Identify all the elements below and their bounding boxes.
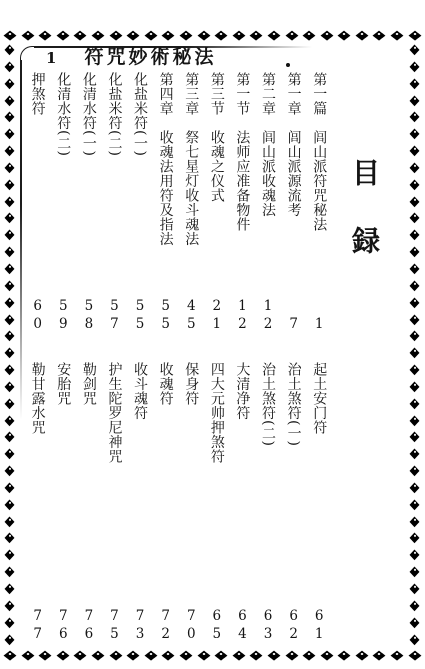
toc-entry-label: 化盐米符(二): [104, 72, 124, 156]
diamond-bead-icon: ◆: [410, 363, 420, 377]
toc-page: ◆◆◆◆◆◆◆◆◆◆◆◆◆◆◆◆◆◆◆◆◆◆◆◆ ◆◆◆◆◆◆◆◆◆◆◆◆◆◆◆…: [0, 0, 425, 669]
toc-entry-label: 大清净符: [232, 362, 252, 420]
toc-title: 目録: [344, 158, 384, 294]
toc-entry-label: 治土煞符(二): [258, 362, 278, 446]
diamond-bead-icon: ◆: [4, 29, 17, 42]
diamond-bead-icon: ◆: [5, 464, 15, 478]
diamond-bead-icon: ◆: [179, 29, 192, 42]
diamond-bead-icon: ◆: [232, 649, 245, 662]
diamond-bead-icon: ◆: [215, 649, 228, 662]
toc-entry: 押煞符60: [25, 72, 51, 332]
toc-entry-page: 12: [234, 298, 250, 334]
diamond-bead-icon: ◆: [410, 615, 420, 629]
toc-entry-label: 化盐米符(一): [130, 72, 150, 156]
toc-entry: 勒剑咒76: [76, 362, 102, 642]
toc-entry-page: 76: [81, 608, 97, 644]
toc-entry-page: 77: [30, 608, 46, 644]
toc-entry-label: 安胎咒: [53, 362, 73, 406]
diamond-bead-icon: ◆: [410, 261, 420, 275]
toc-entry-label: 四大元帅押煞符: [207, 362, 227, 464]
toc-entry: 起土安门符61: [306, 362, 332, 642]
toc-entry: 第一篇 闾山派符咒秘法1: [306, 72, 332, 332]
diamond-bead-icon: ◆: [303, 649, 316, 662]
diamond-bead-icon: ◆: [21, 649, 34, 662]
toc-entry-label: 护生陀罗尼神咒: [104, 362, 124, 464]
diamond-bead-icon: ◆: [109, 29, 122, 42]
diamond-bead-icon: ◆: [5, 93, 15, 107]
diamond-bead-icon: ◆: [162, 29, 175, 42]
diamond-bead-icon: ◆: [410, 598, 420, 612]
toc-entry: 化清水符(二)59: [50, 72, 76, 332]
diamond-bead-icon: ◆: [5, 480, 15, 494]
toc-entry-page: 76: [55, 608, 71, 644]
toc-entry-label: 化清水符(一): [79, 72, 99, 156]
diamond-bead-icon: ◆: [74, 649, 87, 662]
diamond-bead-icon: ◆: [144, 29, 157, 42]
toc-entry-page: 1: [311, 316, 327, 334]
diamond-bead-icon: ◆: [338, 29, 351, 42]
toc-entry: 收斗魂符73: [127, 362, 153, 642]
diamond-bead-icon: ◆: [410, 396, 420, 410]
border-top-beads: ◆◆◆◆◆◆◆◆◆◆◆◆◆◆◆◆◆◆◆◆◆◆◆◆: [5, 27, 420, 43]
diamond-bead-icon: ◆: [4, 649, 17, 662]
diamond-bead-icon: ◆: [5, 548, 15, 562]
diamond-bead-icon: ◆: [162, 649, 175, 662]
diamond-bead-icon: ◆: [197, 29, 210, 42]
toc-entry: 第三节 收魂之仪式21: [204, 72, 230, 332]
toc-section-2: 起土安门符61治土煞符(一)62治土煞符(二)63大清净符64四大元帅押煞符65…: [24, 362, 332, 642]
diamond-bead-icon: ◆: [5, 211, 15, 225]
diamond-bead-icon: ◆: [5, 228, 15, 242]
toc-entry-label: 第一篇 闾山派符咒秘法: [309, 72, 329, 232]
toc-entry: 化盐米符(二)57: [102, 72, 128, 332]
diamond-bead-icon: ◆: [5, 127, 15, 141]
diamond-bead-icon: ◆: [5, 514, 15, 528]
diamond-bead-icon: ◆: [5, 598, 15, 612]
diamond-bead-icon: ◆: [410, 194, 420, 208]
diamond-bead-icon: ◆: [410, 144, 420, 158]
diamond-bead-icon: ◆: [410, 548, 420, 562]
diamond-bead-icon: ◆: [56, 29, 69, 42]
toc-entry-page: 64: [234, 608, 250, 644]
toc-entry-page: 75: [106, 608, 122, 644]
toc-entry-page: 61: [311, 608, 327, 644]
toc-entry-label: 第三节 收魂之仪式: [207, 72, 227, 203]
diamond-bead-icon: ◆: [391, 649, 404, 662]
toc-entry-label: 治土煞符(一): [284, 362, 304, 446]
border-left-beads: ◆◆◆◆◆◆◆◆◆◆◆◆◆◆◆◆◆◆◆◆◆◆◆◆◆◆◆◆◆◆◆◆◆◆◆◆: [2, 43, 17, 646]
diamond-bead-icon: ◆: [373, 649, 386, 662]
diamond-bead-icon: ◆: [5, 329, 15, 343]
diamond-bead-icon: ◆: [91, 29, 104, 42]
toc-entry-page: 12: [260, 298, 276, 334]
diamond-bead-icon: ◆: [5, 194, 15, 208]
diamond-bead-icon: ◆: [5, 59, 15, 73]
toc-entry-label: 收斗魂符: [130, 362, 150, 420]
diamond-bead-icon: ◆: [410, 480, 420, 494]
toc-entry: 护生陀罗尼神咒75: [102, 362, 128, 642]
diamond-bead-icon: ◆: [408, 29, 421, 42]
toc-entry-page: 55: [132, 298, 148, 334]
diamond-bead-icon: ◆: [410, 59, 420, 73]
diamond-bead-icon: ◆: [127, 649, 140, 662]
toc-entry: 四大元帅押煞符65: [204, 362, 230, 642]
diamond-bead-icon: ◆: [285, 649, 298, 662]
toc-entry-label: 化清水符(二): [53, 72, 73, 156]
diamond-bead-icon: ◆: [5, 430, 15, 444]
diamond-bead-icon: ◆: [5, 261, 15, 275]
diamond-bead-icon: ◆: [144, 649, 157, 662]
diamond-bead-icon: ◆: [5, 144, 15, 158]
toc-entry: 大清净符64: [230, 362, 256, 642]
inner-rule-corner: [20, 46, 36, 62]
diamond-bead-icon: ◆: [410, 413, 420, 427]
running-head: 1 符咒妙術秘法: [46, 42, 216, 69]
diamond-bead-icon: ◆: [410, 245, 420, 259]
diamond-bead-icon: ◆: [5, 363, 15, 377]
diamond-bead-icon: ◆: [91, 649, 104, 662]
diamond-bead-icon: ◆: [391, 29, 404, 42]
diamond-bead-icon: ◆: [5, 245, 15, 259]
toc-entry: 治土煞符(一)62: [281, 362, 307, 642]
toc-entry-label: 第四章 收魂法用符及指法: [156, 72, 176, 246]
diamond-bead-icon: ◆: [410, 76, 420, 90]
diamond-bead-icon: ◆: [5, 278, 15, 292]
diamond-bead-icon: ◆: [410, 127, 420, 141]
toc-entry: 第一节 法师应准备物件12: [230, 72, 256, 332]
diamond-bead-icon: ◆: [410, 430, 420, 444]
toc-entry-label: 保身符: [181, 362, 201, 406]
toc-entry: 收魂符72: [153, 362, 179, 642]
diamond-bead-icon: ◆: [410, 93, 420, 107]
toc-entry-page: 58: [81, 298, 97, 334]
diamond-bead-icon: ◆: [56, 649, 69, 662]
toc-entry: 勒甘露水咒77: [25, 362, 51, 642]
toc-entry: 第四章 收魂法用符及指法55: [153, 72, 179, 332]
diamond-bead-icon: ◆: [267, 649, 280, 662]
diamond-bead-icon: ◆: [197, 649, 210, 662]
diamond-bead-icon: ◆: [267, 29, 280, 42]
diamond-bead-icon: ◆: [410, 632, 420, 646]
toc-entry-page: 70: [183, 608, 199, 644]
diamond-bead-icon: ◆: [5, 447, 15, 461]
diamond-bead-icon: ◆: [5, 632, 15, 646]
diamond-bead-icon: ◆: [5, 42, 15, 56]
diamond-bead-icon: ◆: [410, 531, 420, 545]
toc-entry: 第一章 闾山派源流考7: [281, 72, 307, 332]
diamond-bead-icon: ◆: [74, 29, 87, 42]
toc-section-1: 第一篇 闾山派符咒秘法1第一章 闾山派源流考7第二章 闾山派收魂法12第一节 法…: [24, 72, 332, 332]
diamond-bead-icon: ◆: [21, 29, 34, 42]
toc-entry-label: 第二章 闾山派收魂法: [258, 72, 278, 217]
diamond-bead-icon: ◆: [303, 29, 316, 42]
toc-entry: 安胎咒76: [50, 362, 76, 642]
diamond-bead-icon: ◆: [410, 295, 420, 309]
diamond-bead-icon: ◆: [5, 615, 15, 629]
diamond-bead-icon: ◆: [215, 29, 228, 42]
border-bottom-beads: ◆◆◆◆◆◆◆◆◆◆◆◆◆◆◆◆◆◆◆◆◆◆◆◆: [5, 647, 420, 663]
toc-entry-label: 第三章 祭七星灯收斗魂法: [181, 72, 201, 246]
diamond-bead-icon: ◆: [410, 447, 420, 461]
diamond-bead-icon: ◆: [39, 649, 52, 662]
diamond-bead-icon: ◆: [5, 160, 15, 174]
diamond-bead-icon: ◆: [320, 29, 333, 42]
diamond-bead-icon: ◆: [179, 649, 192, 662]
diamond-bead-icon: ◆: [285, 29, 298, 42]
diamond-bead-icon: ◆: [410, 160, 420, 174]
diamond-bead-icon: ◆: [408, 649, 421, 662]
diamond-bead-icon: ◆: [232, 29, 245, 42]
diamond-bead-icon: ◆: [373, 29, 386, 42]
toc-entry: 治土煞符(二)63: [255, 362, 281, 642]
inner-rule-left: [20, 60, 22, 420]
diamond-bead-icon: ◆: [338, 649, 351, 662]
diamond-bead-icon: ◆: [5, 110, 15, 124]
toc-entry-page: 60: [30, 298, 46, 334]
toc-entry-page: 63: [260, 608, 276, 644]
diamond-bead-icon: ◆: [410, 177, 420, 191]
diamond-bead-icon: ◆: [39, 29, 52, 42]
toc-entry-label: 第一章 闾山派源流考: [284, 72, 304, 217]
book-title: 符咒妙術秘法: [84, 42, 216, 69]
diamond-bead-icon: ◆: [5, 497, 15, 511]
toc-entry-label: 勒剑咒: [79, 362, 99, 406]
page-number: 1: [46, 49, 56, 67]
diamond-bead-icon: ◆: [410, 228, 420, 242]
toc-entry-page: 59: [55, 298, 71, 334]
toc-entry-page: 21: [209, 298, 225, 334]
diamond-bead-icon: ◆: [410, 329, 420, 343]
diamond-bead-icon: ◆: [410, 312, 420, 326]
toc-entry-page: 55: [158, 298, 174, 334]
diamond-bead-icon: ◆: [5, 396, 15, 410]
diamond-bead-icon: ◆: [5, 76, 15, 90]
toc-entry-label: 第一节 法师应准备物件: [232, 72, 252, 232]
toc-entry: 保身符70: [178, 362, 204, 642]
toc-entry-page: 57: [106, 298, 122, 334]
toc-entry-label: 押煞符: [28, 72, 48, 116]
toc-entry: 化盐米符(一)55: [127, 72, 153, 332]
diamond-bead-icon: ◆: [5, 581, 15, 595]
diamond-bead-icon: ◆: [5, 346, 15, 360]
diamond-bead-icon: ◆: [250, 649, 263, 662]
diamond-bead-icon: ◆: [410, 42, 420, 56]
toc-entry: 第二章 闾山派收魂法12: [255, 72, 281, 332]
diamond-bead-icon: ◆: [410, 464, 420, 478]
diamond-bead-icon: ◆: [410, 278, 420, 292]
diamond-bead-icon: ◆: [410, 110, 420, 124]
toc-entry-page: 72: [158, 608, 174, 644]
border-right-beads: ◆◆◆◆◆◆◆◆◆◆◆◆◆◆◆◆◆◆◆◆◆◆◆◆◆◆◆◆◆◆◆◆◆◆◆◆: [407, 43, 422, 646]
diamond-bead-icon: ◆: [355, 29, 368, 42]
diamond-bead-icon: ◆: [5, 312, 15, 326]
toc-entry-page: 45: [183, 298, 199, 334]
toc-entry-label: 勒甘露水咒: [28, 362, 48, 435]
diamond-bead-icon: ◆: [250, 29, 263, 42]
diamond-bead-icon: ◆: [5, 177, 15, 191]
toc-entry-page: 65: [209, 608, 225, 644]
diamond-bead-icon: ◆: [5, 565, 15, 579]
diamond-bead-icon: ◆: [410, 514, 420, 528]
toc-entry-page: 62: [286, 608, 302, 644]
diamond-bead-icon: ◆: [410, 346, 420, 360]
ink-speck-icon: [286, 63, 290, 67]
diamond-bead-icon: ◆: [355, 649, 368, 662]
diamond-bead-icon: ◆: [410, 379, 420, 393]
diamond-bead-icon: ◆: [5, 379, 15, 393]
diamond-bead-icon: ◆: [410, 565, 420, 579]
diamond-bead-icon: ◆: [5, 531, 15, 545]
diamond-bead-icon: ◆: [109, 649, 122, 662]
diamond-bead-icon: ◆: [410, 581, 420, 595]
toc-entry-page: 7: [286, 316, 302, 334]
diamond-bead-icon: ◆: [5, 413, 15, 427]
toc-entry: 第三章 祭七星灯收斗魂法45: [178, 72, 204, 332]
toc-entry-label: 收魂符: [156, 362, 176, 406]
diamond-bead-icon: ◆: [5, 295, 15, 309]
toc-entry-label: 起土安门符: [309, 362, 329, 435]
diamond-bead-icon: ◆: [127, 29, 140, 42]
toc-entry: 化清水符(一)58: [76, 72, 102, 332]
diamond-bead-icon: ◆: [410, 211, 420, 225]
diamond-bead-icon: ◆: [410, 497, 420, 511]
diamond-bead-icon: ◆: [320, 649, 333, 662]
toc-entry-page: 73: [132, 608, 148, 644]
